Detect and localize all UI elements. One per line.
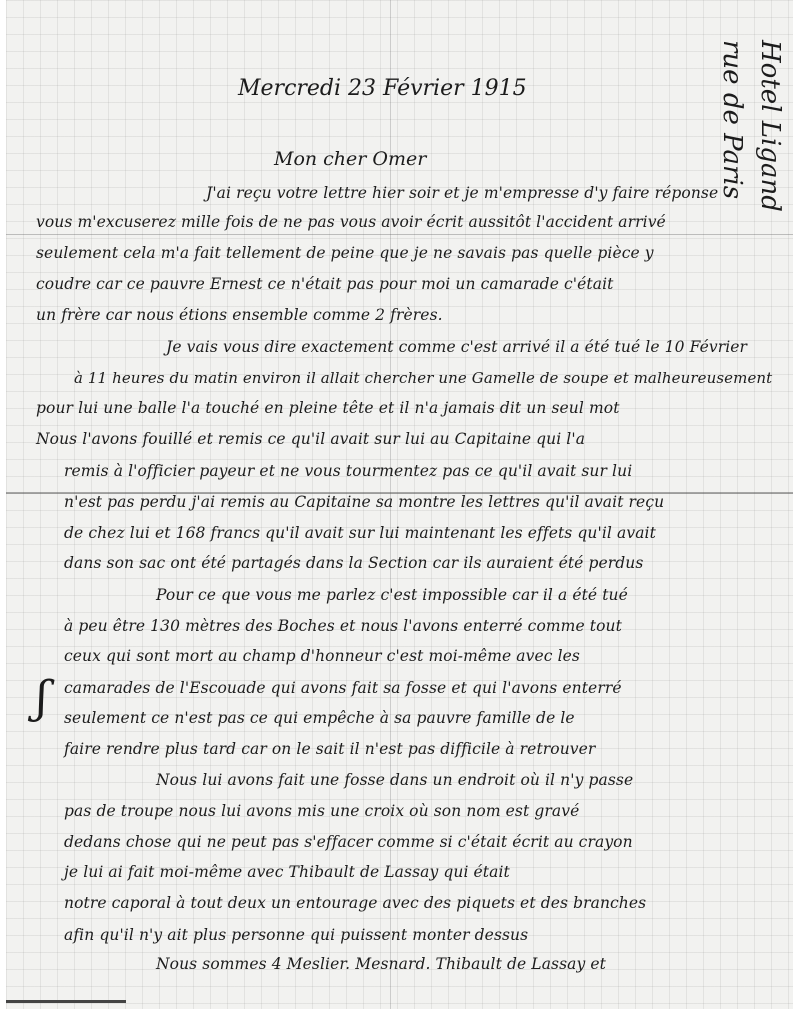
letter-line: à peu être 130 mètres des Boches et nous…: [64, 617, 622, 635]
letter-date: Mercredi 23 Février 1915: [238, 76, 527, 101]
letter-line: notre caporal à tout deux un entourage a…: [64, 894, 646, 912]
letter-line: pas de troupe nous lui avons mis une cro…: [64, 802, 579, 820]
letter-line: Nous lui avons fait une fosse dans un en…: [156, 771, 633, 789]
letter-line: un frère car nous étions ensemble comme …: [36, 306, 443, 324]
letter-greeting: Mon cher Omer: [274, 148, 426, 170]
sender-address: Hotel Ligand rue de Paris: [713, 40, 789, 212]
letter-page: Hotel Ligand rue de Paris Mercredi 23 Fé…: [6, 0, 793, 1009]
fold-crease-horizontal: [6, 234, 793, 235]
letter-line: dans son sac ont été partagés dans la Se…: [64, 554, 643, 572]
letter-line: remis à l'officier payeur et ne vous tou…: [64, 462, 632, 480]
letter-line: de chez lui et 168 francs qu'il avait su…: [64, 524, 656, 542]
letter-line: Je vais vous dire exactement comme c'est…: [166, 338, 747, 356]
letter-line: afin qu'il n'y ait plus personne qui pui…: [64, 926, 528, 944]
letter-line: vous m'excuserez mille fois de ne pas vo…: [36, 213, 666, 231]
letter-line: Nous sommes 4 Meslier. Mesnard. Thibault…: [156, 955, 606, 973]
letter-line: ceux qui sont mort au champ d'honneur c'…: [64, 647, 580, 665]
address-line-2: rue de Paris: [713, 40, 751, 212]
letter-line: faire rendre plus tard car on le sait il…: [64, 740, 595, 758]
letter-line: dedans chose qui ne peut pas s'effacer c…: [64, 833, 633, 851]
letter-line: je lui ai fait moi-même avec Thibault de…: [64, 863, 510, 881]
letter-line: Nous l'avons fouillé et remis ce qu'il a…: [36, 430, 585, 448]
letter-line: J'ai reçu votre lettre hier soir et je m…: [206, 184, 718, 202]
letter-line: à 11 heures du matin environ il allait c…: [74, 369, 772, 387]
margin-flourish: ʃ: [36, 672, 48, 723]
letter-line: Pour ce que vous me parlez c'est impossi…: [156, 586, 628, 604]
letter-line: n'est pas perdu j'ai remis au Capitaine …: [64, 493, 664, 511]
paper-edge-shadow: [6, 1000, 126, 1003]
address-line-1: Hotel Ligand: [751, 40, 789, 212]
letter-line: camarades de l'Escouade qui avons fait s…: [64, 679, 622, 697]
letter-line: seulement ce n'est pas ce qui empêche à …: [64, 709, 575, 727]
letter-line: seulement cela m'a fait tellement de pei…: [36, 244, 654, 262]
letter-line: pour lui une balle l'a touché en pleine …: [36, 399, 620, 417]
letter-line: coudre car ce pauvre Ernest ce n'était p…: [36, 275, 613, 293]
